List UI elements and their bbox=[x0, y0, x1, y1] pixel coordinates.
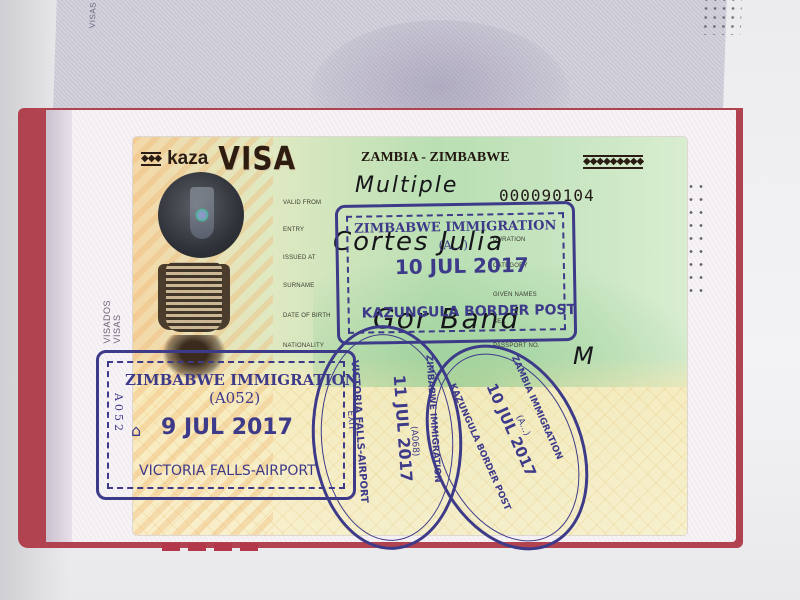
diamond-border-icon: ◆◆◆◆◆◆◆◆◆ bbox=[583, 155, 643, 169]
handwritten-valid-from: Multiple bbox=[355, 173, 458, 198]
stamp-direction: EXIT bbox=[345, 410, 356, 431]
stamp-code: (A...) bbox=[438, 238, 468, 253]
stamp-location: VICTORIA FALLS-AIRPORT bbox=[139, 463, 316, 479]
stamp-date: 9 JUL 2017 bbox=[161, 415, 293, 440]
side-label-es: VISADOS bbox=[102, 300, 112, 344]
stamp-date: 10 JUL 2017 bbox=[395, 253, 529, 279]
field-label-nationality: NATIONALITY bbox=[283, 343, 324, 349]
stamp-side-code: A052 bbox=[112, 393, 125, 434]
zambia-coat-of-arms-icon bbox=[166, 262, 222, 332]
field-label-date-of-birth: DATE OF BIRTH bbox=[283, 313, 331, 319]
eagle-icon bbox=[195, 208, 209, 222]
stamp-code: (A052) bbox=[209, 389, 260, 407]
entry-stamp-kazungula: ZIMBABWE IMMIGRATION (A...) 10 JUL 2017 … bbox=[335, 201, 577, 345]
visa-title: VISA bbox=[218, 140, 296, 178]
field-label-valid-from: VALID FROM bbox=[283, 200, 321, 206]
page-edge bbox=[46, 110, 72, 542]
stamp-code: (A068) bbox=[408, 426, 420, 457]
field-label-entry: ENTRY bbox=[283, 227, 304, 233]
facing-page-side-label: VISAS bbox=[88, 2, 98, 28]
hologram-icon bbox=[158, 172, 244, 258]
handwritten-sex: M bbox=[573, 342, 596, 370]
page-side-label: VISADOS VISAS bbox=[102, 300, 122, 344]
bird-icon: ⌂ bbox=[131, 421, 141, 440]
field-label-surname: SURNAME bbox=[283, 283, 314, 289]
field-label-issued-at: ISSUED AT bbox=[283, 255, 316, 261]
diamond-border-icon: ◆◆◆ bbox=[141, 152, 161, 166]
cover-print-mark bbox=[162, 543, 262, 551]
perforation-number bbox=[701, 0, 742, 35]
side-label-en: VISAS bbox=[112, 315, 122, 344]
visa-brand: ◆◆◆ kaza VISA bbox=[141, 142, 296, 175]
visa-countries: ZAMBIA - ZIMBABWE bbox=[361, 150, 510, 166]
brand-name: kaza bbox=[167, 148, 208, 170]
